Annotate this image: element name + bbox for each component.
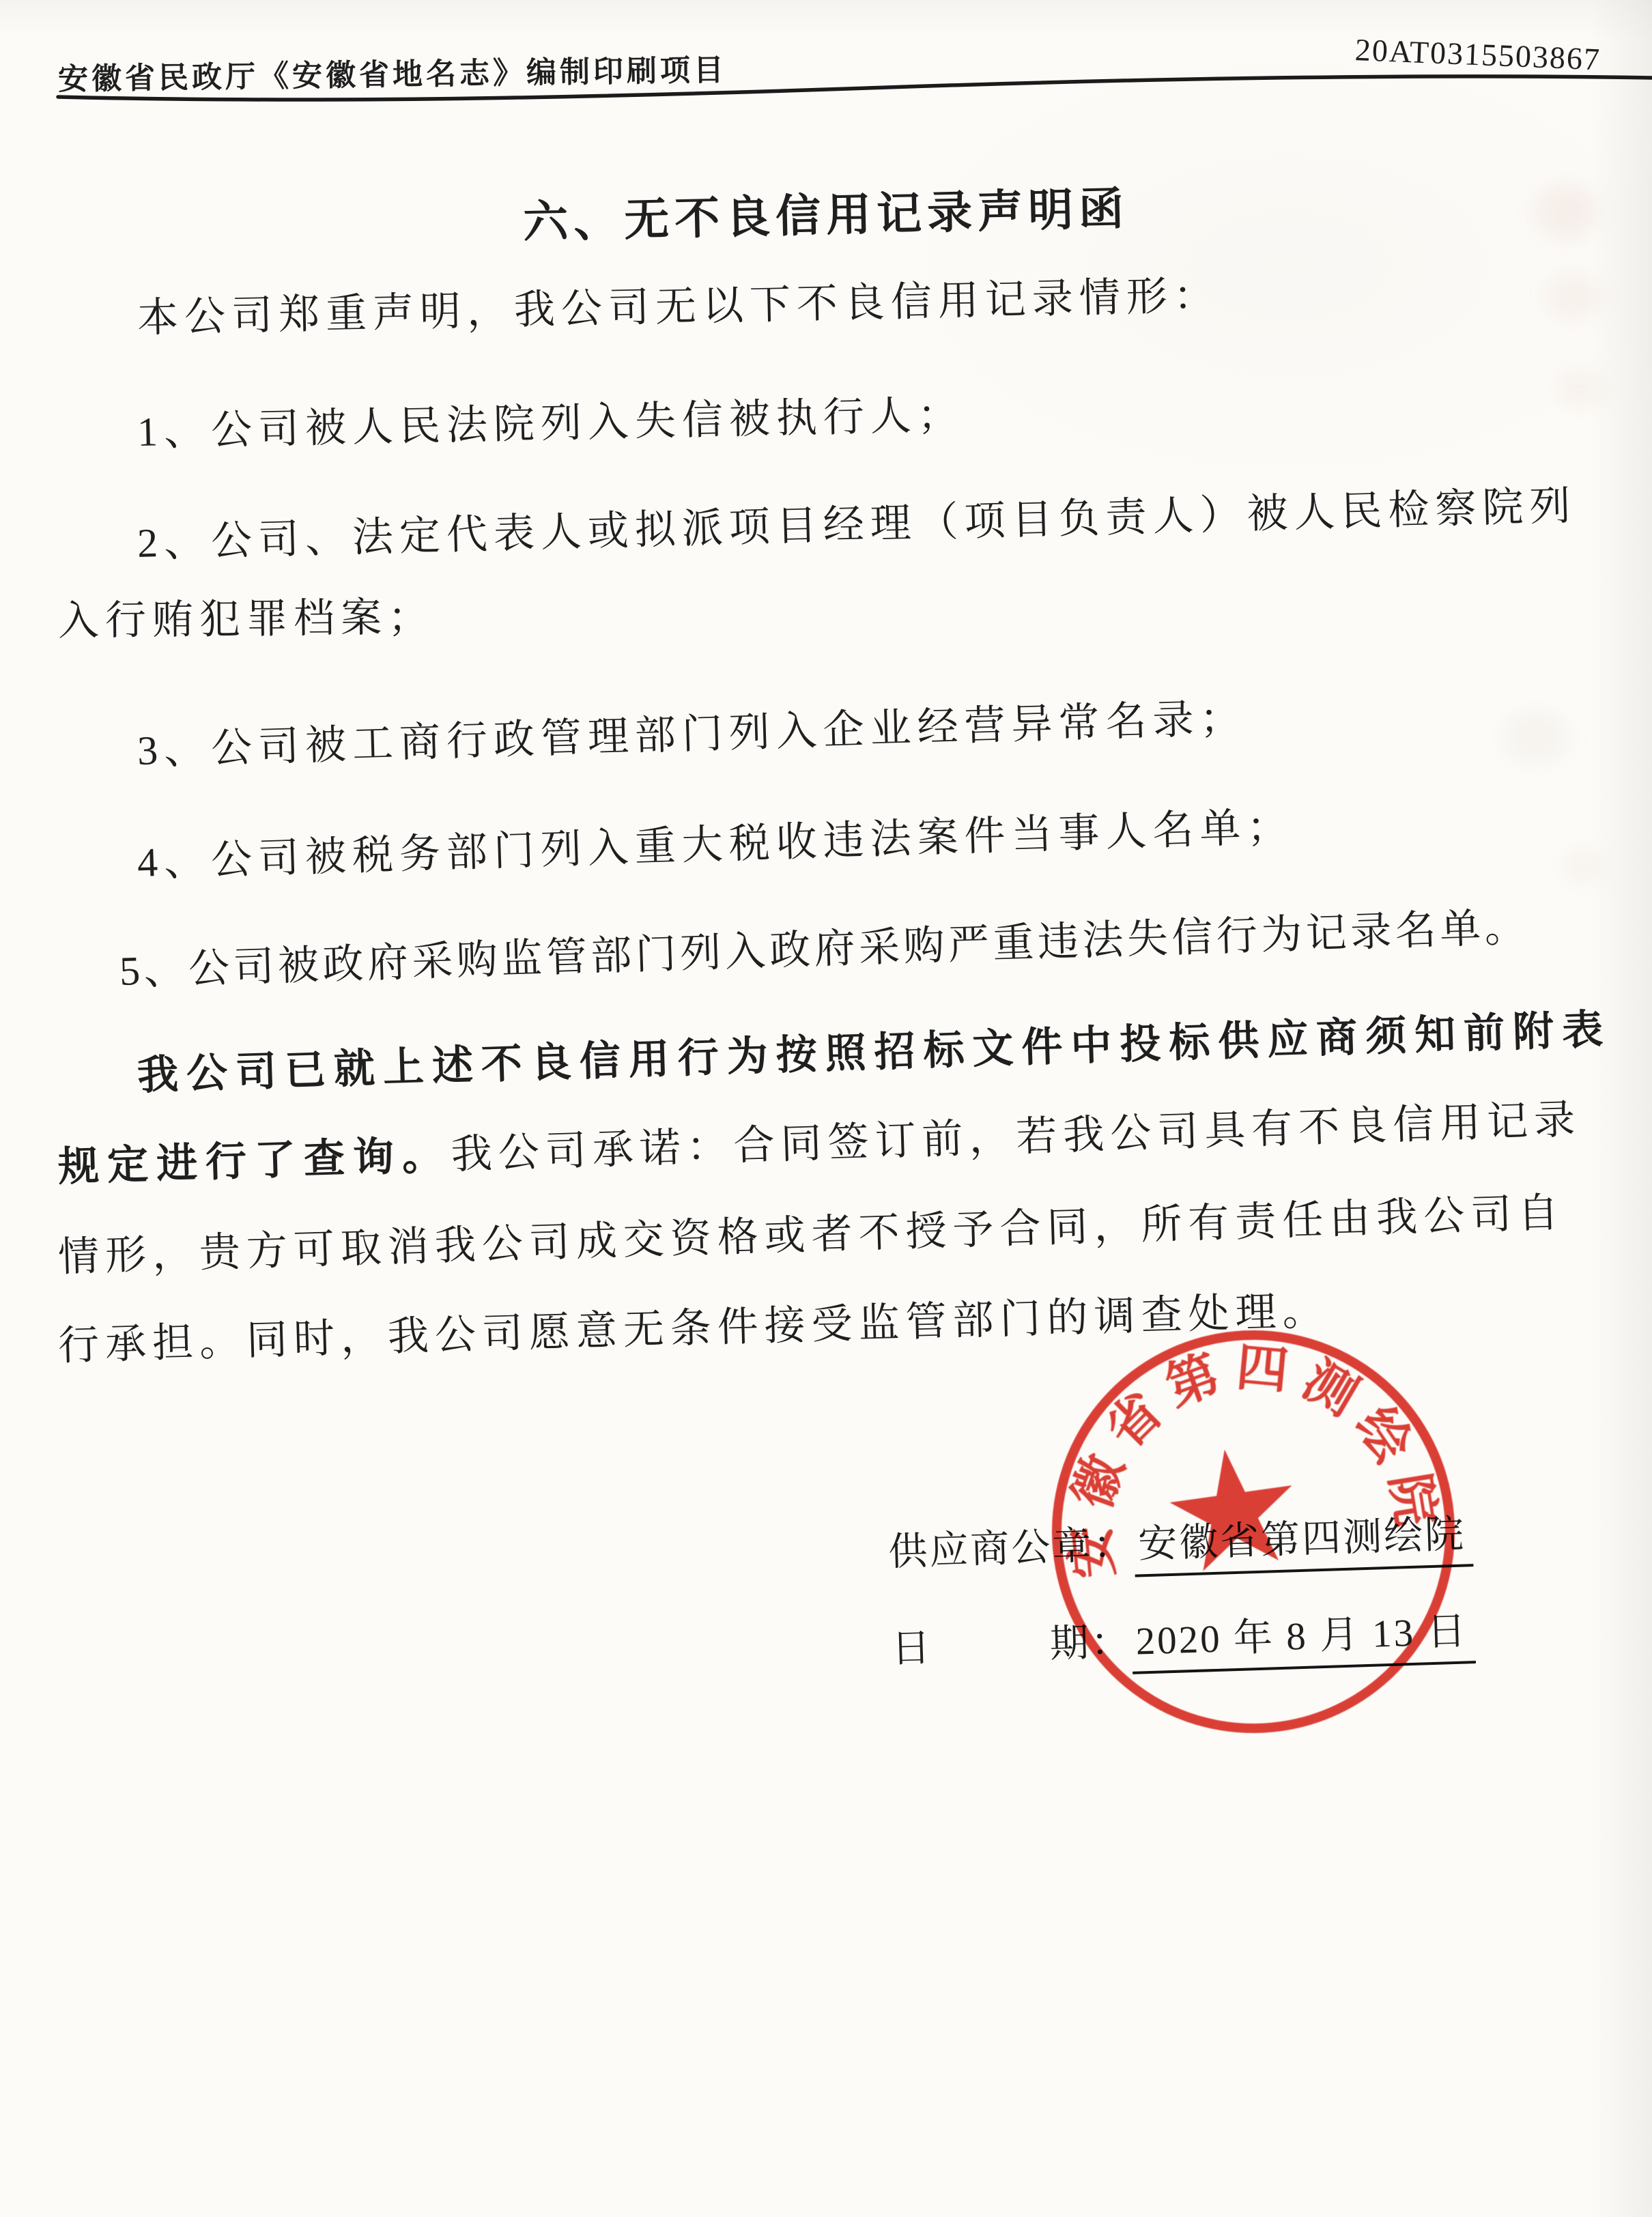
header-project-title: 安徽省民政厅《安徽省地名志》编制印刷项目 <box>58 45 728 98</box>
signature-block: 供应商公章：安徽省第四测绘院 日期：2020 年 8 月 13 日 <box>887 1500 1561 1682</box>
date-label-right: 期： <box>1049 1620 1133 1666</box>
date-label-gap <box>932 1657 1050 1661</box>
body-line-9: 规定进行了查询。我公司承诺：合同签订前，若我公司具有不良信用记录 <box>57 1087 1582 1193</box>
scanned-document-page: { "page": { "header_project": "安徽省民政厅《安徽… <box>0 0 1652 2217</box>
body-line-8: 我公司已就上述不良信用行为按照招标文件中投标供应商须知前附表 <box>137 997 1612 1102</box>
body-line-3: 2、公司、法定代表人或拟派项目经理（项目负责人）被人民检察院列 <box>137 473 1578 569</box>
supplier-seal-label: 供应商公章： <box>887 1524 1135 1574</box>
date-label-left: 日 <box>891 1627 933 1671</box>
body-line-1: 本公司郑重声明，我公司无以下不良信用记录情形： <box>137 263 1221 344</box>
date-value: 2020 年 8 月 13 日 <box>1130 1599 1475 1674</box>
paper-smudge <box>1563 846 1604 884</box>
paper-smudge <box>1556 369 1604 410</box>
body-line-2: 1、公司被人民法院列入失信被执行人； <box>137 382 965 458</box>
paper-smudge <box>1502 710 1570 764</box>
body-line-5: 3、公司被工商行政管理部门列入企业经营异常名录； <box>137 685 1248 777</box>
body-line-6: 4、公司被税务部门列入重大税收违法案件当事人名单； <box>137 794 1295 889</box>
supplier-seal-value: 安徽省第四测绘院 <box>1133 1502 1474 1577</box>
paper-smudge <box>1546 273 1601 321</box>
body-line-10: 情形，贵方可取消我公司成交资格或者不授予合同，所有责任由我公司自 <box>57 1180 1566 1283</box>
page-title: 六、无不良信用记录声明函 <box>0 160 1652 263</box>
supplier-seal-row: 供应商公章：安徽省第四测绘院 <box>887 1500 1558 1585</box>
body-line-11: 行承担。同时，我公司愿意无条件接受监管部门的调查处理。 <box>57 1278 1330 1372</box>
body-line-7: 5、公司被政府采购监管部门列入政府采购严重违法失信行为记录名单。 <box>119 894 1530 997</box>
doc-code: 20AT0315503867 <box>1354 31 1601 77</box>
body-line-4: 入行贿犯罪档案； <box>58 584 436 647</box>
date-row: 日期：2020 年 8 月 13 日 <box>890 1597 1561 1682</box>
